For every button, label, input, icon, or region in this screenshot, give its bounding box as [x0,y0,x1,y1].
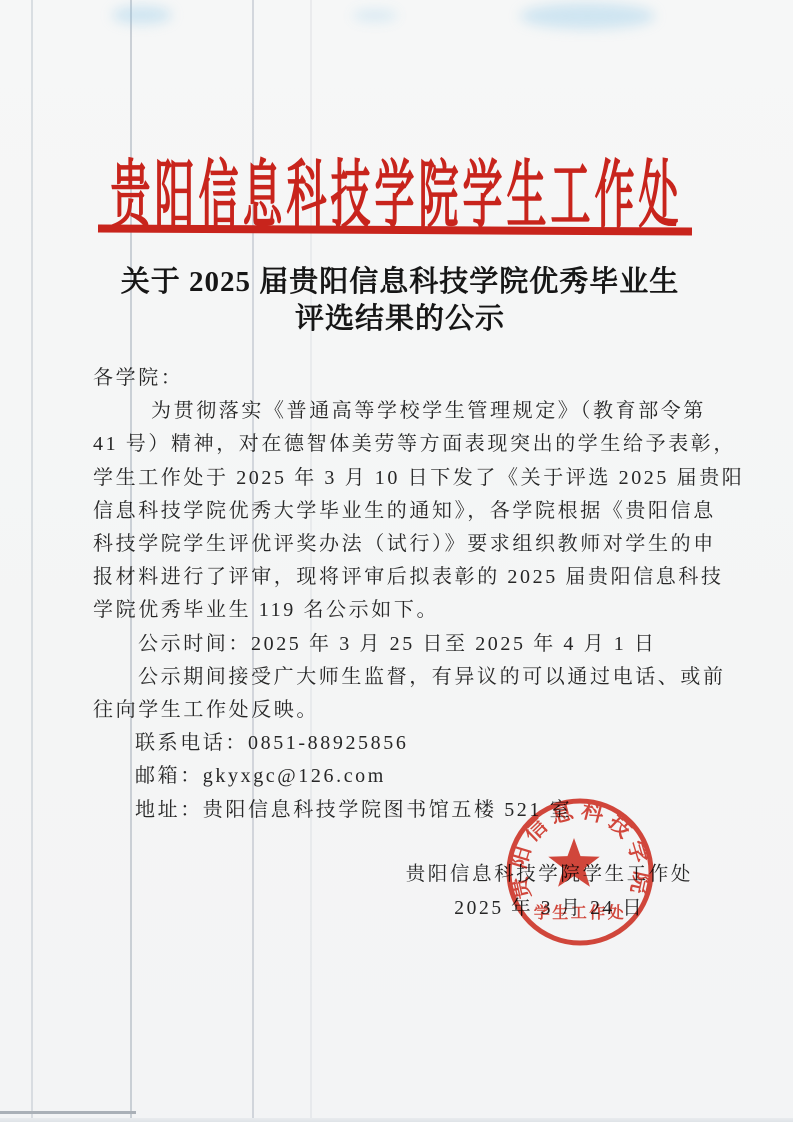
body-line: 为贯彻落实《普通高等学校学生管理规定》（教育部令第 [93,395,711,428]
seal-bottom-text: 学生工作处 [534,903,627,922]
seal-star-icon [548,838,599,887]
body-line: 学生工作处于 2025 年 3 月 10 日下发了《关于评选 2025 届贵阳 [93,462,711,495]
supervision-line: 公示期间接受广大师生监督，有异议的可以通过电话、或前 [93,661,711,694]
doc-body: 各学院： 为贯彻落实《普通高等学校学生管理规定》（教育部令第41 号）精神，对在… [93,362,711,827]
scan-smudge [112,6,172,24]
scanned-document-page: 贵阳信息科技学院学生工作处 关于 2025 届贵阳信息科技学院优秀毕业生 评选结… [0,0,793,1122]
doc-title-line2: 评选结果的公示 [93,301,707,338]
paper-edge [0,1111,136,1114]
supervision-line: 往向学生工作处反映。 [93,694,711,727]
contact-line: 联系电话：0851-88925856 [93,727,711,760]
body-line: 报材料进行了评审，现将评审后拟表彰的 2025 届贵阳信息科技 [93,561,711,594]
scan-smudge [520,3,655,29]
body-line: 学院优秀毕业生 119 名公示如下。 [93,594,711,627]
official-seal-stamp: 贵阳信息科技学院 学生工作处 [505,797,655,947]
seal-arc-text: 贵阳信息科技学院 [505,797,655,902]
doc-title: 关于 2025 届贵阳信息科技学院优秀毕业生 评选结果的公示 [93,264,707,338]
body-line: 41 号）精神，对在德智体美劳等方面表现突出的学生给予表彰， [93,428,711,461]
body-line: 科技学院学生评优评奖办法（试行）》要求组织教师对学生的申 [93,528,711,561]
scan-smudge [352,9,398,22]
contact-line: 邮箱：gkyxgc@126.com [93,760,711,793]
paper-edge [0,1118,793,1122]
schedule-line: 公示时间：2025 年 3 月 25 日至 2025 年 4 月 1 日 [93,628,711,661]
salutation: 各学院： [93,362,711,395]
doc-title-line1: 关于 2025 届贵阳信息科技学院优秀毕业生 [93,264,707,301]
body-line: 信息科技学院优秀大学毕业生的通知》，各学院根据《贵阳信息 [93,495,711,528]
